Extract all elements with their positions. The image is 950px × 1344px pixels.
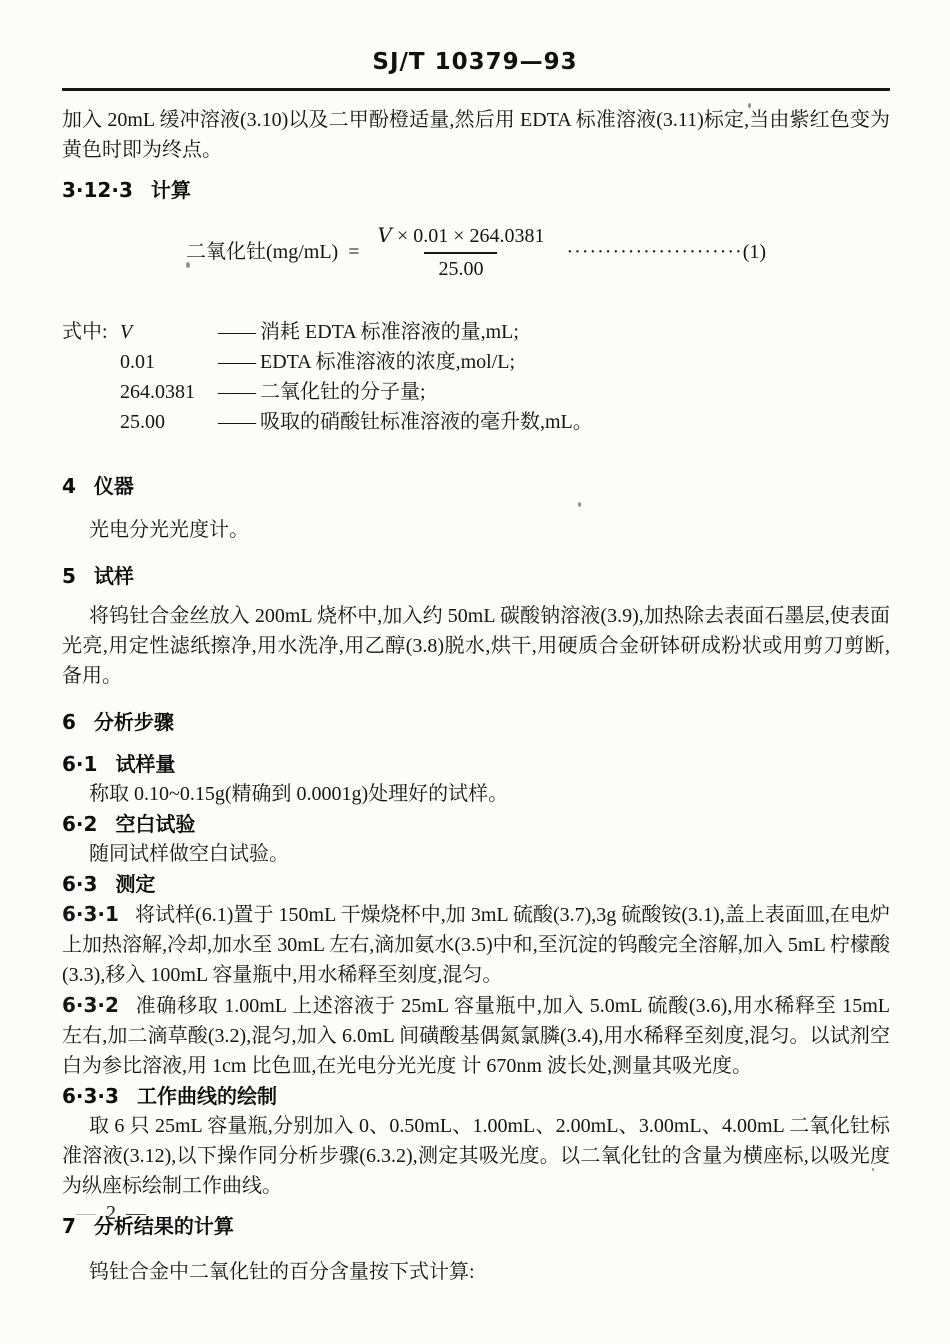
legend-definition: EDTA 标准溶液的浓度,mol/L; — [260, 347, 515, 377]
clause-title: 空白试验 — [115, 812, 195, 836]
clause-number: 5 — [62, 564, 76, 588]
page-number-left-dash: — — [76, 1202, 96, 1224]
document-body: 加入 20mL 缓冲溶液(3.10)以及二甲酚橙适量,然后用 EDTA 标准溶液… — [62, 105, 890, 1287]
clause-title: 工作曲线的绘制 — [137, 1084, 277, 1108]
legend-definition: 消耗 EDTA 标准溶液的量,mL; — [260, 317, 519, 347]
heading-6-3-determination: 6·3测定 — [62, 869, 890, 899]
legend-term: 0.01 — [120, 347, 218, 377]
heading-6-3-3-working-curve: 6·3·3工作曲线的绘制 — [62, 1081, 890, 1111]
paragraph-result-calculation: 钨钍合金中二氧化钍的百分含量按下式计算: — [62, 1257, 890, 1287]
paragraph-working-curve: 取 6 只 25mL 容量瓶,分别加入 0、0.50mL、1.00mL、2.00… — [62, 1111, 890, 1201]
scan-artifact — [748, 103, 751, 108]
equals-sign: = — [348, 237, 359, 267]
heading-6-analysis-steps: 6分析步骤 — [62, 707, 890, 737]
paragraph-apparatus: 光电分光光度计。 — [62, 515, 890, 545]
clause-title: 分析步骤 — [94, 710, 174, 734]
formula-fraction: V × 0.01 × 264.0381 25.00 — [371, 221, 550, 283]
legend-dash: —— — [218, 347, 254, 377]
paragraph-blank-test: 随同试样做空白试验。 — [62, 839, 890, 869]
formula-lhs: 二氧化钍(mg/mL) — [186, 237, 338, 267]
page-number: —2— — [76, 1198, 146, 1228]
heading-6-2-blank-test: 6·2空白试验 — [62, 809, 890, 839]
heading-7-result-calculation: 7分析结果的计算 — [62, 1211, 890, 1241]
paragraph-sample-preparation: 将钨钍合金丝放入 200mL 烧杯中,加入约 50mL 碳酸钠溶液(3.9),加… — [62, 601, 890, 691]
heading-4-apparatus: 4仪器 — [62, 471, 890, 501]
dot-leader: ······················· — [567, 237, 743, 267]
clause-number: 6·2 — [62, 812, 97, 836]
formula-legend: 式中: V —— 消耗 EDTA 标准溶液的量,mL; 式中: 0.01 —— … — [62, 317, 890, 437]
legend-term: V — [120, 317, 218, 347]
clause-title: 计算 — [151, 178, 191, 202]
heading-6-1-sample-amount: 6·1试样量 — [62, 749, 890, 779]
paragraph-titration-endpoint: 加入 20mL 缓冲溶液(3.10)以及二甲酚橙适量,然后用 EDTA 标准溶液… — [62, 105, 890, 165]
legend-term: 25.00 — [120, 407, 218, 437]
clause-number: 7 — [62, 1214, 76, 1238]
fraction-numerator: V × 0.01 × 264.0381 — [371, 221, 550, 252]
clause-title: 试样 — [94, 564, 134, 588]
heading-3-12-3-calculation: 3·12·3计算 — [62, 175, 890, 205]
standard-code-header: SJ/T 10379—93 — [0, 0, 950, 74]
clause-number: 6·1 — [62, 752, 97, 776]
clause-title: 测定 — [115, 872, 155, 896]
page-number-right-dash: — — [126, 1202, 146, 1224]
legend-dash: —— — [218, 377, 254, 407]
legend-row: 式中: 0.01 —— EDTA 标准溶液的浓度,mol/L; — [62, 347, 890, 377]
heading-5-sample: 5试样 — [62, 561, 890, 591]
page-number-value: 2 — [106, 1202, 116, 1224]
legend-row: 式中: 25.00 —— 吸取的硝酸钍标准溶液的毫升数,mL。 — [62, 407, 890, 437]
legend-label: 式中: — [62, 317, 120, 347]
clause-number: 6·3·1 — [62, 902, 119, 926]
legend-row: 式中: V —— 消耗 EDTA 标准溶液的量,mL; — [62, 317, 890, 347]
variable-v: V — [377, 223, 391, 247]
scan-artifact — [186, 262, 190, 268]
legend-definition: 吸取的硝酸钍标准溶液的毫升数,mL。 — [260, 407, 593, 437]
legend-row: 式中: 264.0381 —— 二氧化钍的分子量; — [62, 377, 890, 407]
legend-term: 264.0381 — [120, 377, 218, 407]
formula-thorium-dioxide: 二氧化钍(mg/mL) = V × 0.01 × 264.0381 25.00 … — [62, 213, 890, 291]
paragraph-6-3-2: 6·3·2准确移取 1.00mL 上述溶液于 25mL 容量瓶中,加入 5.0m… — [62, 990, 890, 1081]
scan-artifact — [578, 502, 581, 507]
clause-number: 3·12·3 — [62, 178, 133, 202]
paragraph-6-3-1: 6·3·1将试样(6.1)置于 150mL 干燥烧杯中,加 3mL 硫酸(3.7… — [62, 899, 890, 990]
scanned-document-page: SJ/T 10379—93 加入 20mL 缓冲溶液(3.10)以及二甲酚橙适量… — [0, 0, 950, 1344]
clause-number: 6·3·2 — [62, 993, 119, 1017]
legend-definition: 二氧化钍的分子量; — [260, 377, 426, 407]
paragraph-sample-amount: 称取 0.10~0.15g(精确到 0.0001g)处理好的试样。 — [62, 779, 890, 809]
legend-dash: —— — [218, 407, 254, 437]
clause-title: 仪器 — [94, 474, 134, 498]
clause-number: 6 — [62, 710, 76, 734]
clause-number: 4 — [62, 474, 76, 498]
header-divider-rule — [62, 88, 890, 91]
clause-title: 试样量 — [115, 752, 175, 776]
fraction-denominator: 25.00 — [424, 252, 497, 283]
scan-artifact — [872, 1168, 874, 1171]
clause-number: 6·3·3 — [62, 1084, 119, 1108]
clause-number: 6·3 — [62, 872, 97, 896]
equation-number: (1) — [743, 237, 766, 267]
legend-dash: —— — [218, 317, 254, 347]
